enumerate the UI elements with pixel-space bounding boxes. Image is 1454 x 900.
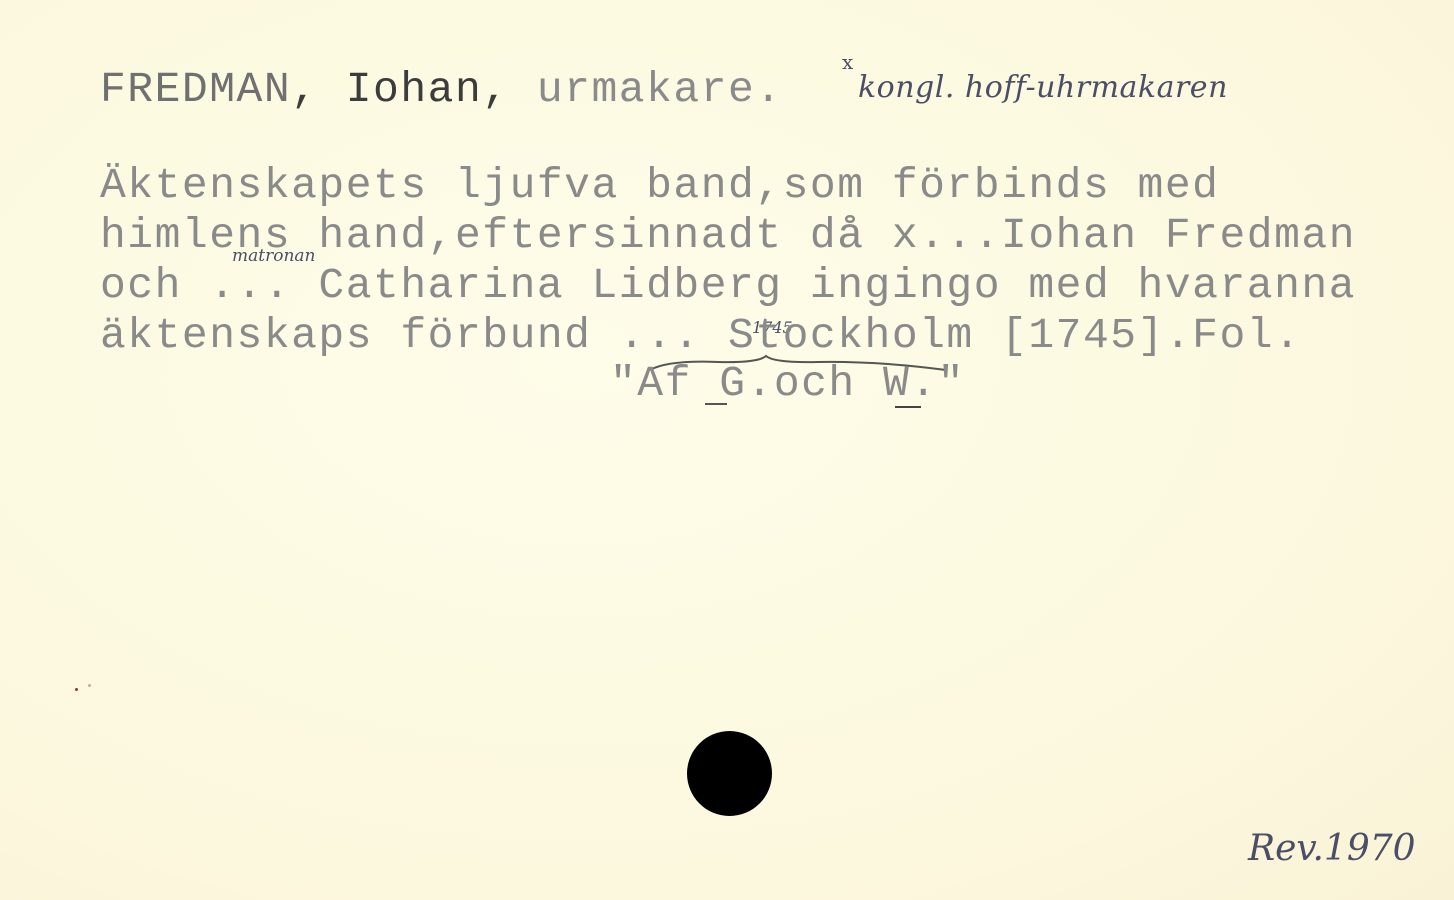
- handwritten-title-annotation: kongl. hoff-uhrmakaren: [858, 70, 1228, 105]
- body-line-1: Äktenskapets ljufva band,som förbinds me…: [100, 160, 1219, 212]
- revision-note: Rev.1970: [1248, 828, 1416, 869]
- heading-forename: Iohan: [346, 65, 483, 114]
- punch-hole: [687, 731, 772, 816]
- card-heading: FREDMAN, Iohan, urmakare.: [100, 64, 783, 116]
- heading-occupation: urmakare.: [537, 65, 783, 114]
- heading-sep: ,: [291, 65, 346, 114]
- paper-speck: [88, 684, 91, 687]
- annotation-marker: x: [842, 50, 853, 74]
- heading-surname: FREDMAN: [100, 65, 291, 114]
- body-line-5-attribution: "Af G.och W.": [610, 358, 965, 410]
- catalog-card: FREDMAN, Iohan, urmakare. x kongl. hoff-…: [0, 0, 1454, 900]
- underline-g: [705, 403, 727, 405]
- paper-speck: [75, 688, 78, 691]
- heading-sep: ,: [482, 65, 537, 114]
- underline-w: [895, 406, 921, 408]
- body-line-3: och ... Catharina Lidberg ingingo med hv…: [100, 260, 1356, 312]
